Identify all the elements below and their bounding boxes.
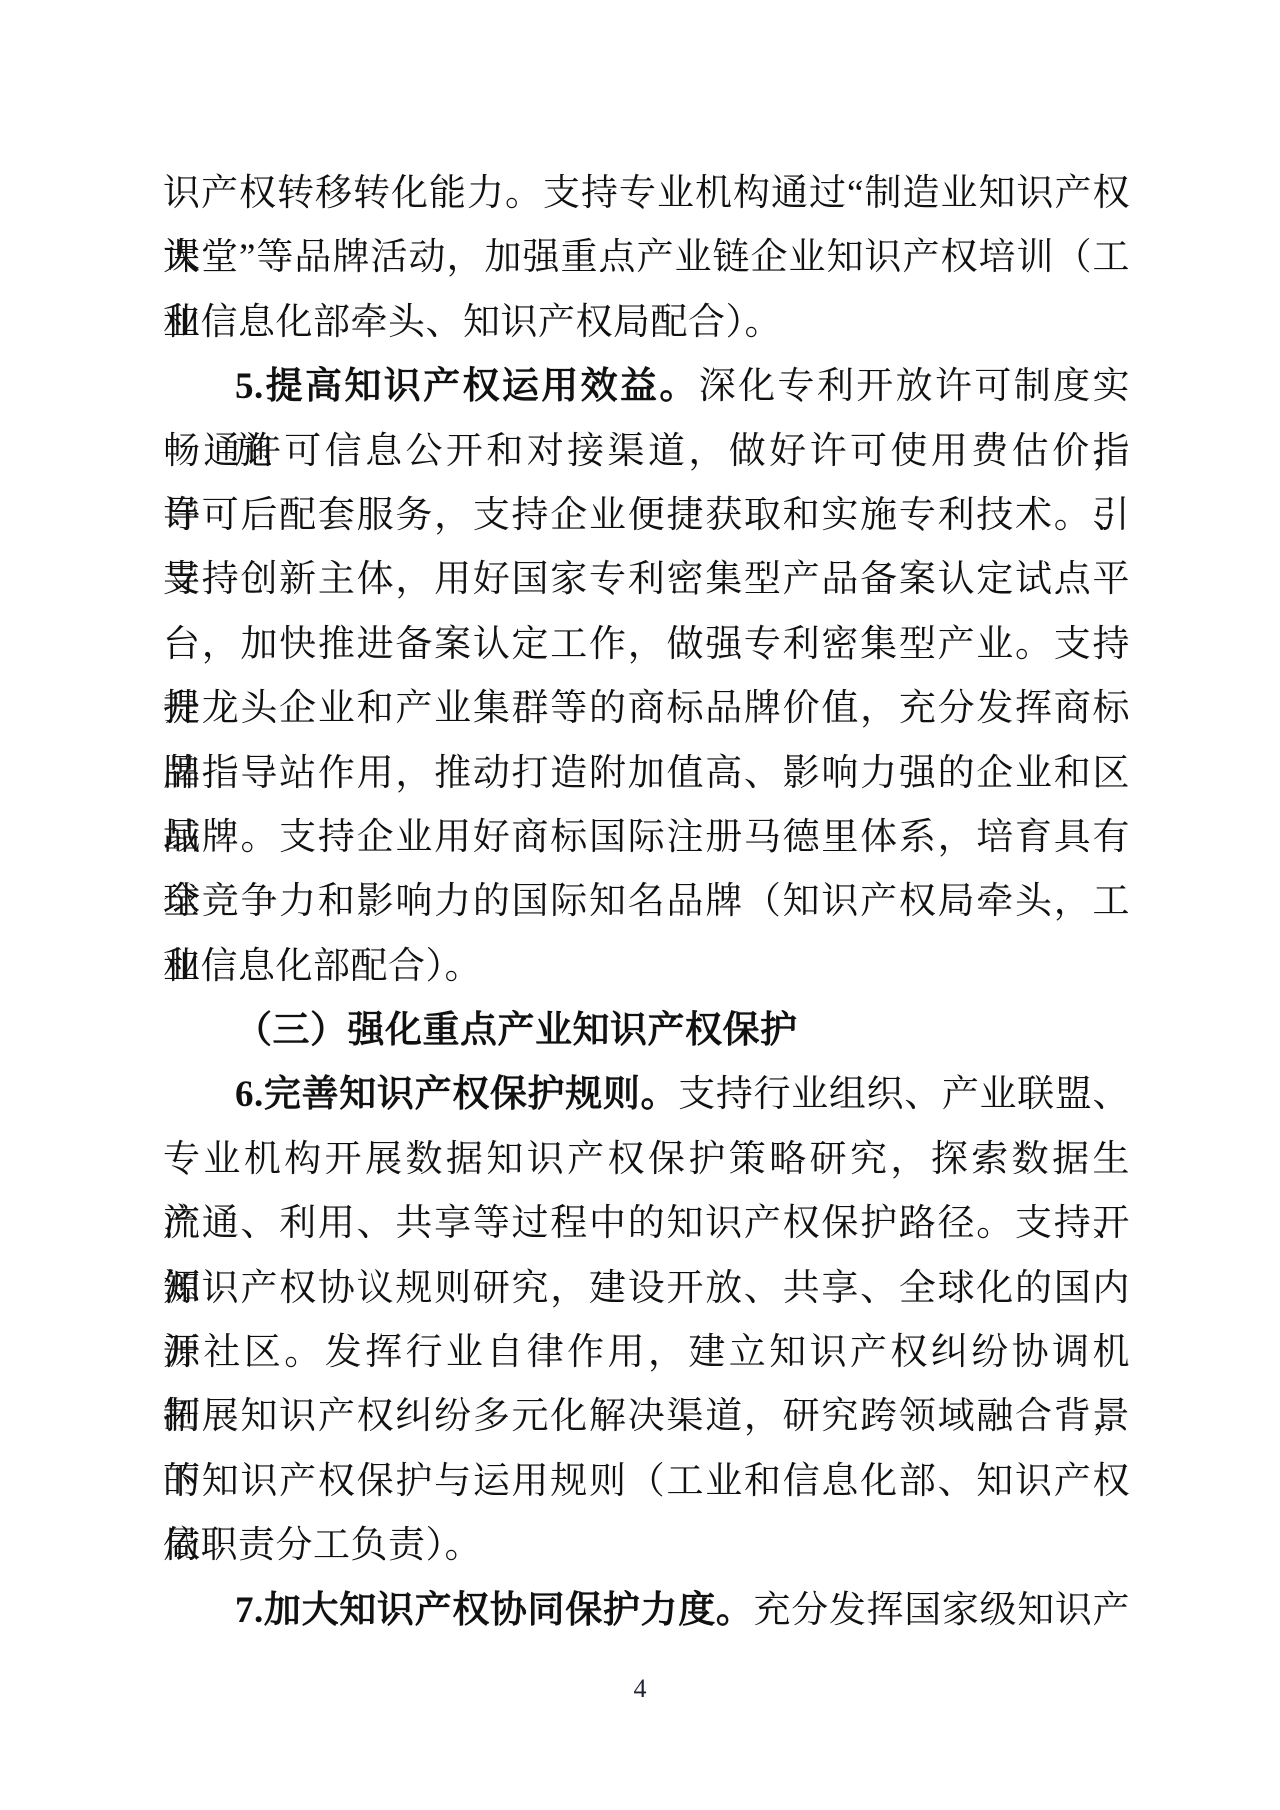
text-line: 课堂”等品牌活动，加强重点产业链企业知识产权培训（工业 bbox=[163, 226, 1130, 290]
text-line: 球竞争力和影响力的国际知名品牌（知识产权局牵头，工业 bbox=[163, 870, 1130, 934]
text-lines: 识产权转移转化能力。支持专业机构通过“制造业知识产权大课堂”等品牌活动，加强重点… bbox=[163, 162, 1130, 1643]
text-segment: 充分发挥国家级知识产 bbox=[754, 1590, 1130, 1631]
text-segment: 和信息化部牵头、知识产权局配合）。 bbox=[163, 302, 782, 343]
text-segment: 和信息化部配合）。 bbox=[163, 946, 482, 987]
text-line: 品牌。支持企业用好商标国际注册马德里体系，培育具有全 bbox=[163, 806, 1130, 870]
text-line: 支持创新主体，用好国家专利密集型产品备案认定试点平 bbox=[163, 548, 1130, 612]
bold-text-segment: （三）强化重点产业知识产权保护 bbox=[235, 1010, 798, 1051]
text-line: 升龙头企业和产业集群等的商标品牌价值，充分发挥商标品 bbox=[163, 677, 1130, 741]
text-line: 和信息化部牵头、知识产权局配合）。 bbox=[163, 291, 1130, 355]
text-line: 依职责分工负责）。 bbox=[163, 1514, 1130, 1578]
text-line: 和信息化部配合）。 bbox=[163, 935, 1130, 999]
text-line: 专业机构开展数据知识产权保护策略研究，探索数据生产、 bbox=[163, 1128, 1130, 1192]
bold-text-segment: 7.加大知识产权协同保护力度。 bbox=[235, 1590, 754, 1631]
page-number: 4 bbox=[0, 1672, 1280, 1706]
text-line: 流通、利用、共享等过程中的知识产权保护路径。支持开源 bbox=[163, 1192, 1130, 1256]
text-line: 的知识产权保护与运用规则（工业和信息化部、知识产权局 bbox=[163, 1450, 1130, 1514]
text-segment: 依职责分工负责）。 bbox=[163, 1525, 482, 1566]
text-segment: 支持创新主体，用好国家专利密集型产品备案认定试点平 bbox=[163, 559, 1130, 600]
text-line: 牌指导站作用，推动打造附加值高、影响力强的企业和区域 bbox=[163, 742, 1130, 806]
text-line: 6.完善知识产权保护规则。支持行业组织、产业联盟、 bbox=[163, 1063, 1130, 1127]
text-line: 台，加快推进备案认定工作，做强专利密集型产业。支持提 bbox=[163, 613, 1130, 677]
document-page: 识产权转移转化能力。支持专业机构通过“制造业知识产权大课堂”等品牌活动，加强重点… bbox=[0, 0, 1280, 1810]
text-line: 许可后配套服务，支持企业便捷获取和实施专利技术。引导 bbox=[163, 484, 1130, 548]
bold-text-segment: 6.完善知识产权保护规则。 bbox=[235, 1074, 678, 1115]
text-line: 5.提高知识产权运用效益。深化专利开放许可制度实施， bbox=[163, 355, 1130, 419]
text-line: 识产权转移转化能力。支持专业机构通过“制造业知识产权大 bbox=[163, 162, 1130, 226]
text-line: 源社区。发挥行业自律作用，建立知识产权纠纷协调机制， bbox=[163, 1321, 1130, 1385]
bold-text-segment: 5.提高知识产权运用效益。 bbox=[235, 366, 699, 407]
text-line: 知识产权协议规则研究，建设开放、共享、全球化的国内开 bbox=[163, 1257, 1130, 1321]
text-line: 7.加大知识产权协同保护力度。充分发挥国家级知识产 bbox=[163, 1579, 1130, 1643]
text-segment: 支持行业组织、产业联盟、 bbox=[678, 1074, 1130, 1115]
text-line: 畅通许可信息公开和对接渠道，做好许可使用费估价指导、 bbox=[163, 420, 1130, 484]
text-line: 拓展知识产权纠纷多元化解决渠道，研究跨领域融合背景下 bbox=[163, 1385, 1130, 1449]
text-line: （三）强化重点产业知识产权保护 bbox=[163, 999, 1130, 1063]
